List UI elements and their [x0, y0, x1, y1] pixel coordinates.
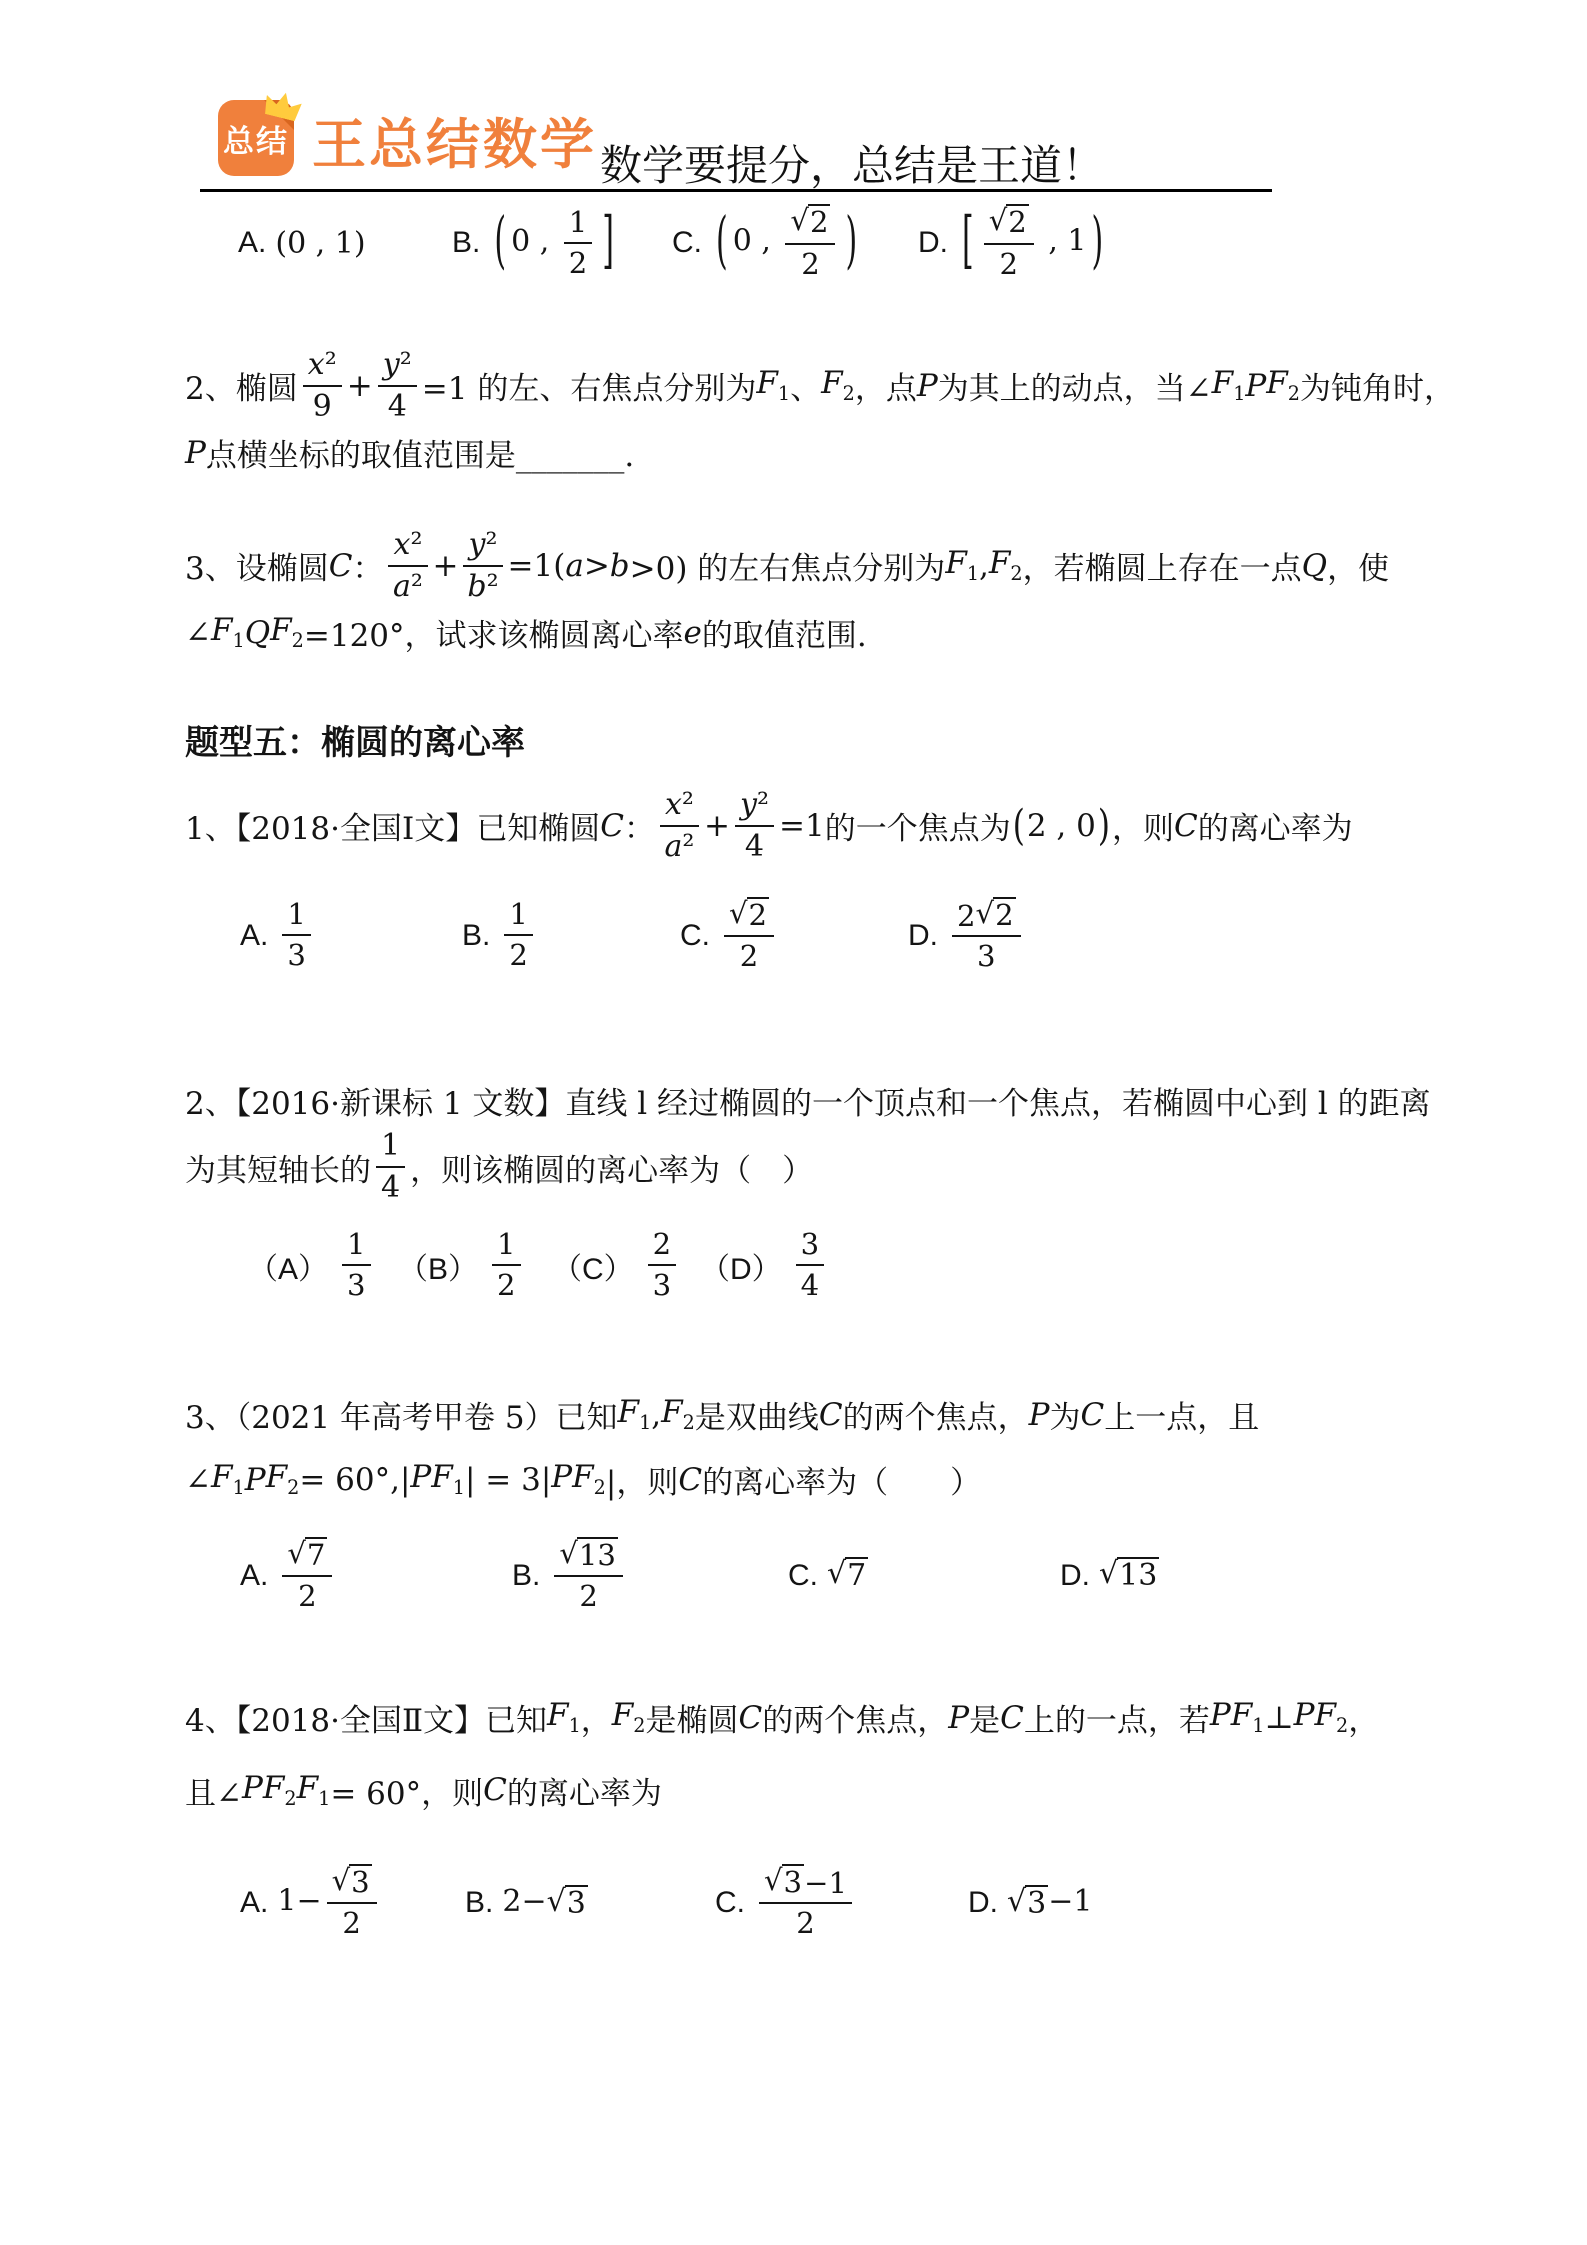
option-b: B.2−√3 [465, 1850, 588, 1955]
brand-name: 王总结数学 [312, 102, 597, 179]
slogan-text: 数学要提分，总结是王道！ [600, 133, 1104, 193]
option-value: 13 [337, 1228, 376, 1302]
section-problem-1-line-1: 1、【2018·全国Ⅰ文】已知椭圆 C： x²a²+y²4=1的一个焦点为(2 … [185, 778, 1353, 873]
options-row-q1: A.(0 , 1) B.(0 , 12] C.(0 , √22) D.[√22 … [0, 203, 1587, 283]
option-c: C.√3−12 [715, 1850, 857, 1955]
options-row-q3: （A）13 （B）12 （C）23 （D）34 [0, 1228, 1587, 1303]
option-c: C.√7 [788, 1528, 868, 1623]
header-divider [200, 189, 1272, 192]
option-label: A. [238, 226, 266, 260]
section-problem-2-line-2: 为其短轴长的14，则该椭圆的离心率为（ ） [185, 1122, 813, 1212]
option-label: C. [788, 1559, 818, 1593]
option-label: （D） [700, 1244, 782, 1288]
options-row-q4: A.√72 B.√132 C.√7 D.√13 [0, 1528, 1587, 1623]
section-problem-3-line-2: ∠F1PF2 = 60°,|PF1| = 3|PF2|，则 C 的离心率为（ ） [185, 1452, 981, 1507]
option-d: D.[√22 , 1) [918, 203, 1108, 283]
option-b: B.(0 , 12] [452, 203, 619, 283]
option-value: 2−√3 [502, 1884, 587, 1922]
option-value: 12 [499, 898, 538, 972]
option-label: （B） [398, 1244, 478, 1288]
document-page: 总结 王总结数学 数学要提分，总结是王道！ A.(0 , 1) B.(0 , 1… [0, 0, 1587, 2245]
option-d: D.√3−1 [968, 1850, 1092, 1955]
option-value: 23 [643, 1228, 682, 1302]
option-c: C.√22 [680, 888, 779, 983]
option-b: （B）12 [398, 1228, 526, 1303]
option-label: （C） [552, 1244, 634, 1288]
option-label: A. [240, 1886, 268, 1920]
option-c: （C）23 [552, 1228, 681, 1303]
section-heading: 题型五：椭圆的离心率 [185, 715, 525, 764]
options-row-q2: A.13 B.12 C.√22 D.2√23 [0, 888, 1587, 983]
option-value: (0 , 12] [489, 206, 619, 280]
option-value: 12 [487, 1228, 526, 1302]
options-row-q5: A.1−√32 B.2−√3 C.√3−12 D.√3−1 [0, 1850, 1587, 1955]
option-a: A.1−√32 [240, 1850, 382, 1955]
problem-3-line-1: 3、设椭圆 C： x²a²+y²b²=1(a>b>0) 的左右焦点分别为 F1 … [185, 518, 1389, 613]
problem-2-line-2: P 点横坐标的取值范围是_______. [185, 430, 634, 475]
option-c: C.(0 , √22) [672, 203, 862, 283]
option-label: C. [672, 226, 702, 260]
option-value: 1−√32 [277, 1864, 381, 1941]
option-d: D.√13 [1060, 1528, 1159, 1623]
problem-2-line-1: 2、椭圆 x²9+y²4=1 的左、右焦点分别为 F1、 F2，点 P 为其上的… [185, 338, 1455, 433]
logo-badge-text: 总结 [223, 116, 289, 161]
option-value: √72 [277, 1537, 337, 1614]
section-problem-4-line-2: 且∠PF2F1 = 60°，则 C 的离心率为 [185, 1765, 662, 1815]
option-value: 13 [277, 898, 316, 972]
option-label: B. [452, 226, 480, 260]
option-a: A.13 [240, 888, 316, 983]
brand-logo-icon: 总结 [218, 100, 294, 176]
option-value: 34 [791, 1228, 830, 1302]
option-a: A.(0 , 1) [238, 203, 366, 283]
option-value: [√22 , 1) [957, 204, 1108, 281]
option-label: D. [1060, 1559, 1090, 1593]
option-label: D. [908, 919, 938, 953]
option-a: A.√72 [240, 1528, 337, 1623]
option-a: （A）13 [248, 1228, 376, 1303]
option-label: C. [715, 1886, 745, 1920]
section-problem-2-line-1: 2、【2016·新课标 1 文数】直线 l 经过椭圆的一个顶点和一个焦点，若椭圆… [185, 1078, 1431, 1123]
problem-3-line-2: ∠F1QF2 =120°，试求该椭圆离心率 e 的取值范围. [185, 610, 867, 655]
option-value: (0 , 1) [275, 226, 365, 261]
section-problem-3-line-1: 3、（2021 年高考甲卷 5）已知 F1,F2 是双曲线 C 的两个焦点，P … [185, 1392, 1259, 1437]
option-b: B.12 [462, 888, 538, 983]
option-value: √3−12 [754, 1864, 857, 1941]
option-value: √13 [1099, 1557, 1159, 1594]
option-label: B. [465, 1886, 493, 1920]
option-d: D.2√23 [908, 888, 1026, 983]
option-b: B.√132 [512, 1528, 628, 1623]
option-label: （A） [248, 1244, 328, 1288]
option-label: D. [918, 226, 948, 260]
option-value: √132 [549, 1537, 628, 1614]
option-label: A. [240, 1559, 268, 1593]
section-problem-4-line-1: 4、【2018·全国Ⅱ文】已知 F1，F2 是椭圆 C 的两个焦点，P 是 C … [185, 1695, 1379, 1740]
option-value: 2√23 [947, 897, 1026, 974]
option-label: B. [512, 1559, 540, 1593]
option-d: （D）34 [700, 1228, 829, 1303]
option-value: (0 , √22) [711, 204, 862, 281]
option-label: C. [680, 919, 710, 953]
option-value: √3−1 [1007, 1884, 1092, 1922]
option-value: √22 [719, 897, 779, 974]
option-label: D. [968, 1886, 998, 1920]
option-label: B. [462, 919, 490, 953]
option-label: A. [240, 919, 268, 953]
option-value: √7 [827, 1557, 868, 1594]
